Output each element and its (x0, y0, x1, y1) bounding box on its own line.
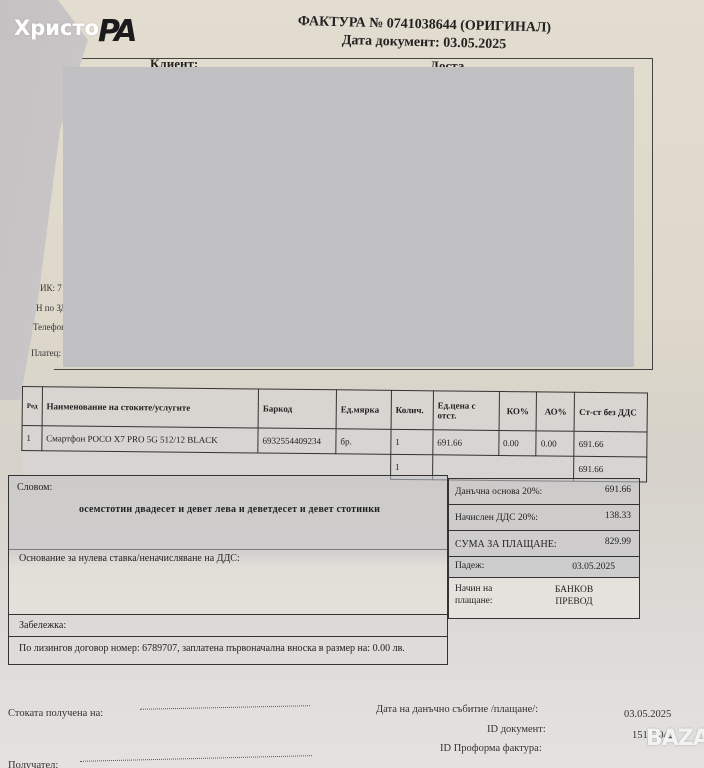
due-value: 03.05.2025 (572, 562, 615, 572)
left-fragment-vat: Н по ЗД (36, 303, 66, 313)
redacted-area (63, 67, 634, 367)
col-unit-price: Ед.цена с отст. (433, 391, 499, 431)
site-watermark: BAZAR (646, 726, 704, 751)
note-block: Забележка: (8, 614, 448, 637)
note-label: Забележка: (19, 620, 66, 631)
left-fragment-payer: Платец: (31, 348, 61, 358)
vat-value: 138.33 (605, 511, 631, 521)
tax-event-label: Дата на данъчно събитие /плащане/: (376, 704, 538, 715)
total-label: СУМА ЗА ПЛАЩАНЕ: (455, 539, 557, 550)
goods-received-label: Стоката получена на: (8, 708, 103, 719)
proforma-id-label: ID Проформа фактура: (440, 743, 542, 754)
left-fragment-eik: ИК: 7 (40, 283, 62, 293)
item-unit: бр. (336, 429, 391, 455)
col-amount-no-vat: Ст-ст без ДДС (574, 392, 647, 432)
items-table: Ред Наименование на стоките/услугите Бар… (21, 386, 648, 483)
payment-method-row: Начин на плащане: БАНКОВ ПРЕВОД (449, 578, 639, 618)
recipient-label: Получател: (8, 760, 58, 768)
col-barcode: Баркод (258, 389, 336, 429)
lease-block: По лизингов договор номер: 6789707, запл… (8, 636, 448, 665)
item-barcode: 6932554409234 (258, 428, 336, 454)
tax-base-label: Данъчна основа 20%: (455, 487, 542, 497)
payment-method-value: БАНКОВ ПРЕВОД (549, 584, 599, 608)
document-id-label: ID документ: (487, 724, 546, 735)
company-logo: PA (98, 14, 160, 48)
row-no: 1 (22, 426, 42, 451)
col-unit: Ед.мярка (336, 390, 391, 430)
due-row: Падеж: 03.05.2025 (449, 557, 639, 578)
total-row: СУМА ЗА ПЛАЩАНЕ: 829.99 (449, 531, 639, 557)
item-unit-price: 691.66 (433, 430, 499, 456)
user-watermark: Христо (14, 16, 99, 40)
summary-box: Данъчна основа 20%: 691.66 Начислен ДДС … (448, 478, 640, 619)
col-name: Наименование на стоките/услугите (42, 387, 259, 428)
payment-method-label: Начин на плащане: (455, 583, 515, 607)
zero-vat-basis-label: Основание за нулева ставка/неначисляване… (19, 553, 240, 564)
due-label: Падеж: (455, 561, 484, 571)
vat-row: Начислен ДДС 20%: 138.33 (449, 505, 639, 531)
col-row-no: Ред (22, 387, 42, 426)
amount-in-words-block: Словом: осемстотин двадесет и девет лева… (8, 475, 448, 550)
col-ao: АО% (537, 392, 575, 431)
amount-in-words-label: Словом: (17, 482, 52, 493)
lease-text: По лизингов договор номер: 6789707, запл… (19, 643, 405, 654)
item-amount: 691.66 (574, 431, 647, 457)
col-ko: КО% (499, 391, 537, 430)
items-header-row: Ред Наименование на стоките/услугите Бар… (22, 387, 647, 433)
zero-vat-basis-block: Основание за нулева ставка/неначисляване… (8, 548, 448, 615)
tax-base-value: 691.66 (605, 485, 631, 495)
item-ao: 0.00 (536, 431, 574, 456)
tax-event-value: 03.05.2025 (624, 709, 671, 720)
item-name: Смартфон POCO X7 PRO 5G 512/12 BLACK (42, 426, 259, 453)
amount-in-words: осемстотин двадесет и девет лева и девет… (79, 504, 380, 515)
col-qty: Колич. (391, 390, 433, 429)
total-value: 829.99 (605, 537, 631, 547)
tax-base-row: Данъчна основа 20%: 691.66 (449, 479, 639, 505)
item-ko: 0.00 (498, 430, 536, 455)
item-qty: 1 (391, 429, 433, 454)
vat-label: Начислен ДДС 20%: (455, 513, 538, 523)
